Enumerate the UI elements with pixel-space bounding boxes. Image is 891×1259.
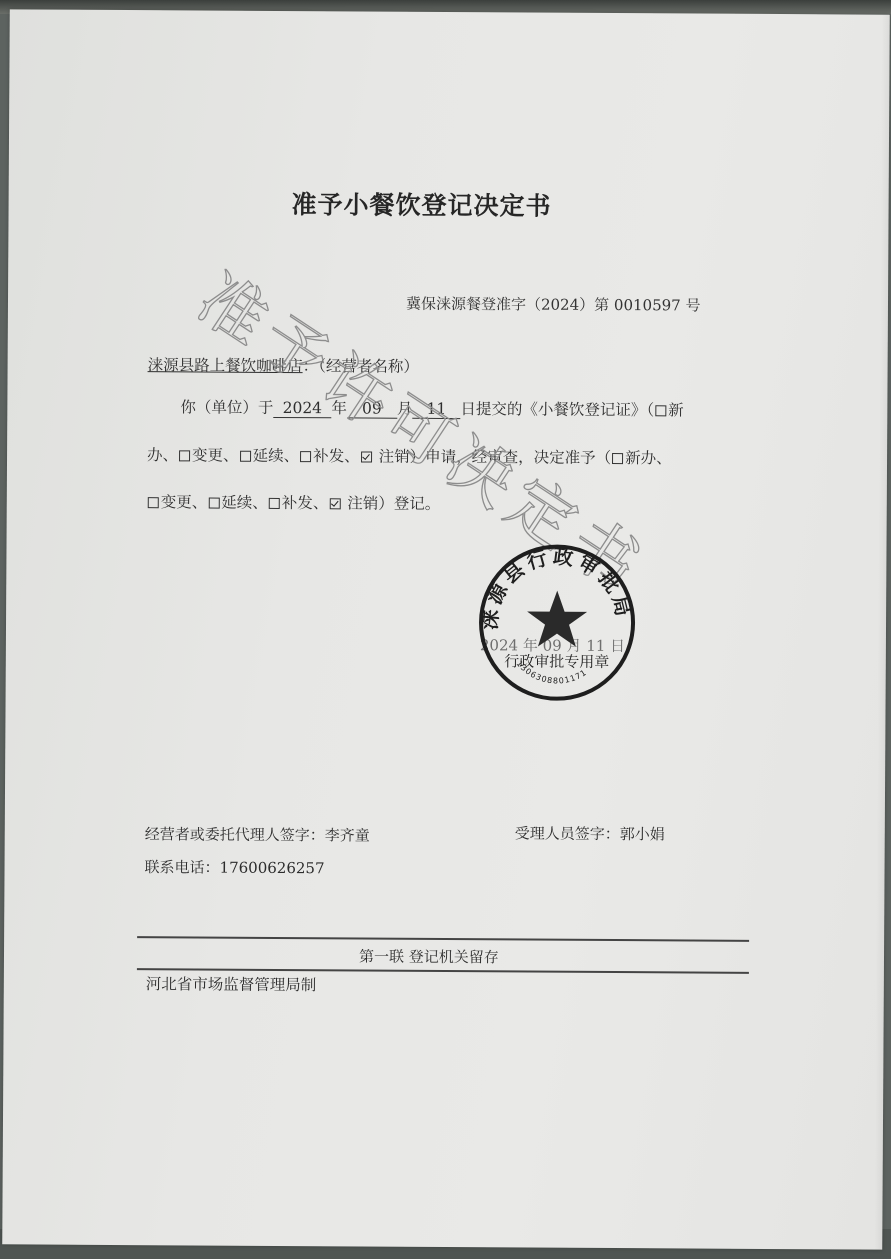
contact-phone: 联系电话：17600626257 [144, 856, 324, 878]
issuer-label: 河北省市场监督管理局制 [146, 972, 317, 995]
contact-phone-label: 联系电话： [144, 858, 219, 876]
operator-name: 涞源县路上餐饮咖啡店 [148, 356, 303, 375]
grant-options-rest: 变更、延续、补发、 注销 [147, 493, 379, 512]
official-seal: 涞源县行政审批局 行政审批专用章 1306308801171 [476, 542, 639, 703]
checkbox-icon [269, 498, 280, 509]
document-title: 准予小餐饮登记决定书 [291, 185, 551, 223]
grant-suffix: ）登记。 [378, 495, 440, 513]
checkbox-icon [148, 497, 159, 508]
apply-options-rest: 办、变更、延续、补发、 注销 [147, 446, 410, 466]
option-grant-0: 新办 [625, 449, 656, 467]
receiver-signature-value: 郭小娟 [620, 825, 665, 843]
option-apply-4: 注销 [379, 448, 410, 466]
option-apply-3: 补发 [313, 447, 344, 465]
operator-signature-value: 李齐童 [325, 826, 370, 844]
submit-year: 2024 [273, 399, 331, 418]
checkbox-icon [179, 450, 190, 461]
copy-label: 第一联 登记机关留存 [359, 945, 499, 967]
paragraph-line-2: 办、变更、延续、补发、 注销）申请，经审查，决定准予（新办、 [147, 443, 672, 468]
checked-box-icon [361, 451, 372, 462]
option-apply-1: 变更 [192, 446, 223, 464]
checkbox-icon [240, 451, 251, 462]
checkbox-icon [300, 451, 311, 462]
option-grant-2: 延续 [221, 494, 252, 512]
operator-signature-label: 经营者或委托代理人签字： [145, 825, 325, 844]
receiver-signature-label: 受理人员签字： [515, 824, 620, 843]
option-grant-4: 注销 [347, 494, 378, 512]
submit-day: 11 [412, 400, 460, 419]
option-apply-0: 新 [668, 401, 684, 419]
checkbox-icon [208, 498, 219, 509]
checkbox-icon [612, 453, 623, 464]
receiver-signature: 受理人员签字：郭小娟 [515, 822, 665, 844]
day-label: 日提交的《小餐饮登记证》（ [460, 400, 654, 419]
operator-signature: 经营者或委托代理人签字：李齐童 [145, 823, 370, 845]
operator-name-suffix: ：（经营者名称） [303, 357, 419, 376]
option-apply-2: 延续 [253, 447, 284, 465]
year-label: 年 [331, 399, 347, 417]
submit-month: 09 [347, 399, 397, 418]
grant-option-new: 新办 [611, 449, 656, 467]
document-number: 冀保涞源餐登准字（2024）第 0010597 号 [406, 293, 701, 316]
checkbox-icon [655, 405, 666, 416]
option-grant-3: 补发 [282, 494, 313, 512]
option-grant-1: 变更 [161, 493, 192, 511]
paragraph-line-3: 变更、延续、补发、 注销）登记。 [147, 490, 441, 514]
paragraph-prefix: 你（单位）于 [180, 398, 273, 417]
page-edge-shadow [874, 15, 890, 1250]
divider-top [137, 936, 749, 941]
separator: 、 [656, 449, 672, 467]
paragraph-line-1: 你（单位）于2024年09月11日提交的《小餐饮登记证》（新 [180, 395, 683, 420]
month-label: 月 [397, 400, 413, 418]
apply-option-new: 新 [654, 401, 684, 419]
operator-name-line: 涞源县路上餐饮咖啡店：（经营者名称） [148, 353, 419, 377]
apply-suffix: ）申请，经审查，决定准予（ [410, 448, 612, 467]
contact-phone-value: 17600626257 [220, 859, 325, 878]
document-page: 准予小餐饮登记决定书 冀保涞源餐登准字（2024）第 0010597 号 涞源县… [2, 9, 890, 1249]
checked-box-icon [329, 498, 340, 509]
star-icon [527, 590, 587, 646]
